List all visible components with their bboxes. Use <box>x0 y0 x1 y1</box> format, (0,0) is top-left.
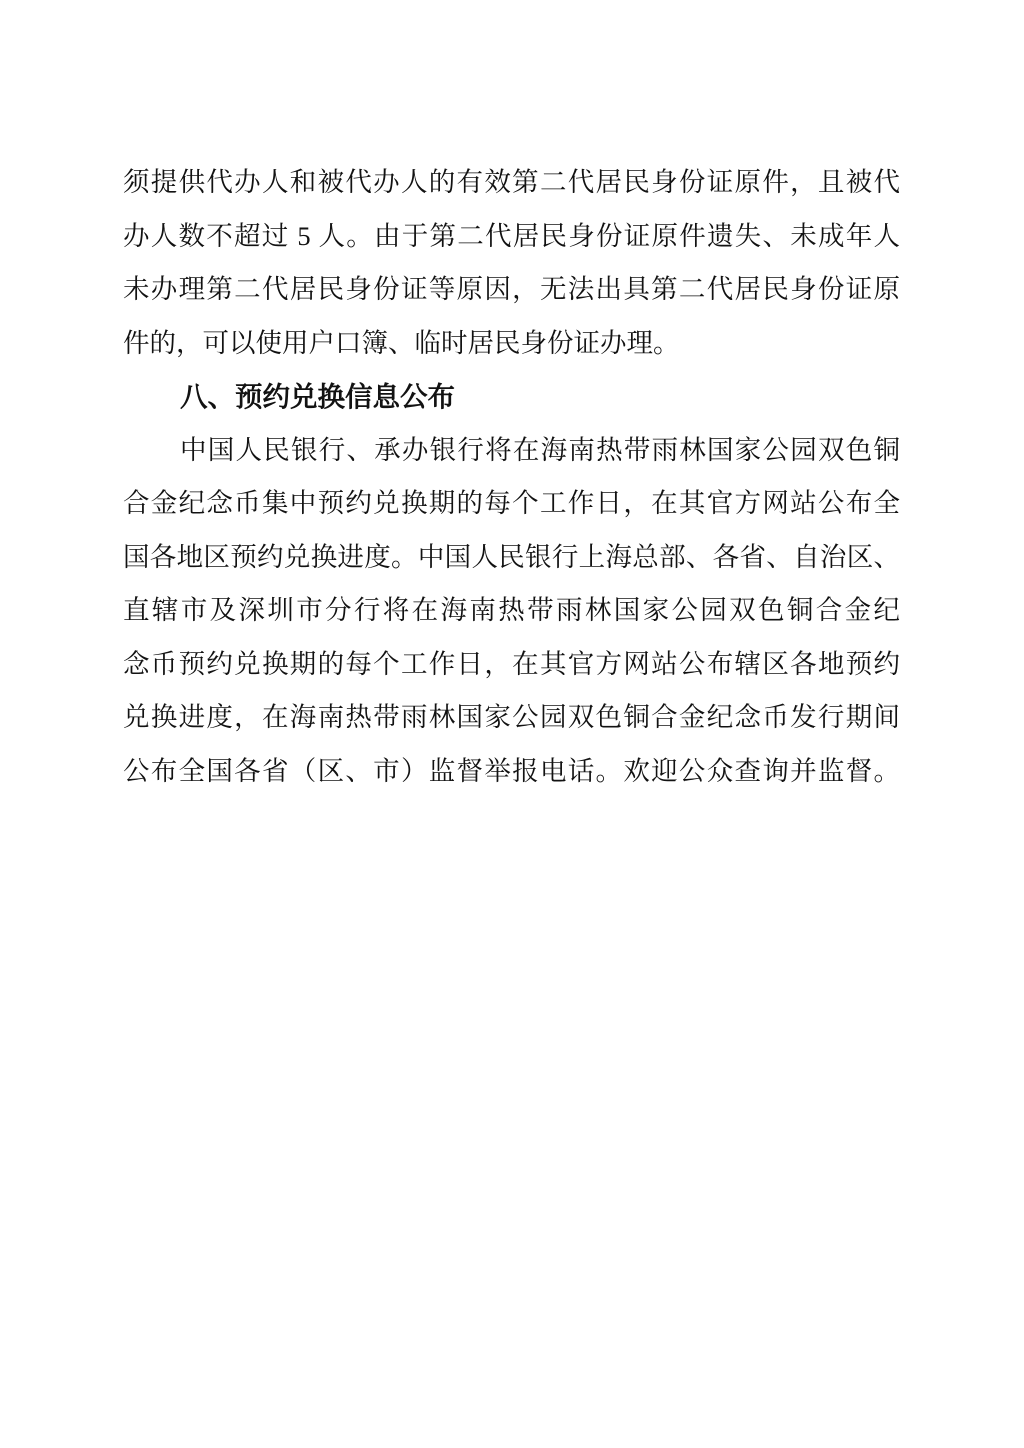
text-line: 念币预约兑换期的每个工作日，在其官方网站公布辖区各地预约 <box>123 638 900 692</box>
text-line: 兑换进度，在海南热带雨林国家公园双色铜合金纪念币发行期间 <box>123 691 900 745</box>
text-line: 件的，可以使用户口簿、临时居民身份证办理。 <box>123 317 900 371</box>
document-body: 须提供代办人和被代办人的有效第二代居民身份证原件，且被代办人数不超过 5 人。由… <box>123 156 900 798</box>
text-line: 直辖市及深圳市分行将在海南热带雨林国家公园双色铜合金纪 <box>123 584 900 638</box>
text-line: 须提供代办人和被代办人的有效第二代居民身份证原件，且被代 <box>123 156 900 210</box>
text-line: 中国人民银行、承办银行将在海南热带雨林国家公园双色铜 <box>123 424 900 478</box>
text-line: 办人数不超过 5 人。由于第二代居民身份证原件遗失、未成年人 <box>123 210 900 264</box>
text-line: 合金纪念币集中预约兑换期的每个工作日，在其官方网站公布全 <box>123 477 900 531</box>
text-line: 国各地区预约兑换进度。中国人民银行上海总部、各省、自治区、 <box>123 531 900 585</box>
text-line: 公布全国各省（区、市）监督举报电话。欢迎公众查询并监督。 <box>123 745 900 799</box>
section-heading: 八、预约兑换信息公布 <box>123 370 900 424</box>
text-line: 未办理第二代居民身份证等原因，无法出具第二代居民身份证原 <box>123 263 900 317</box>
document-page: 须提供代办人和被代办人的有效第二代居民身份证原件，且被代办人数不超过 5 人。由… <box>0 0 1024 1448</box>
